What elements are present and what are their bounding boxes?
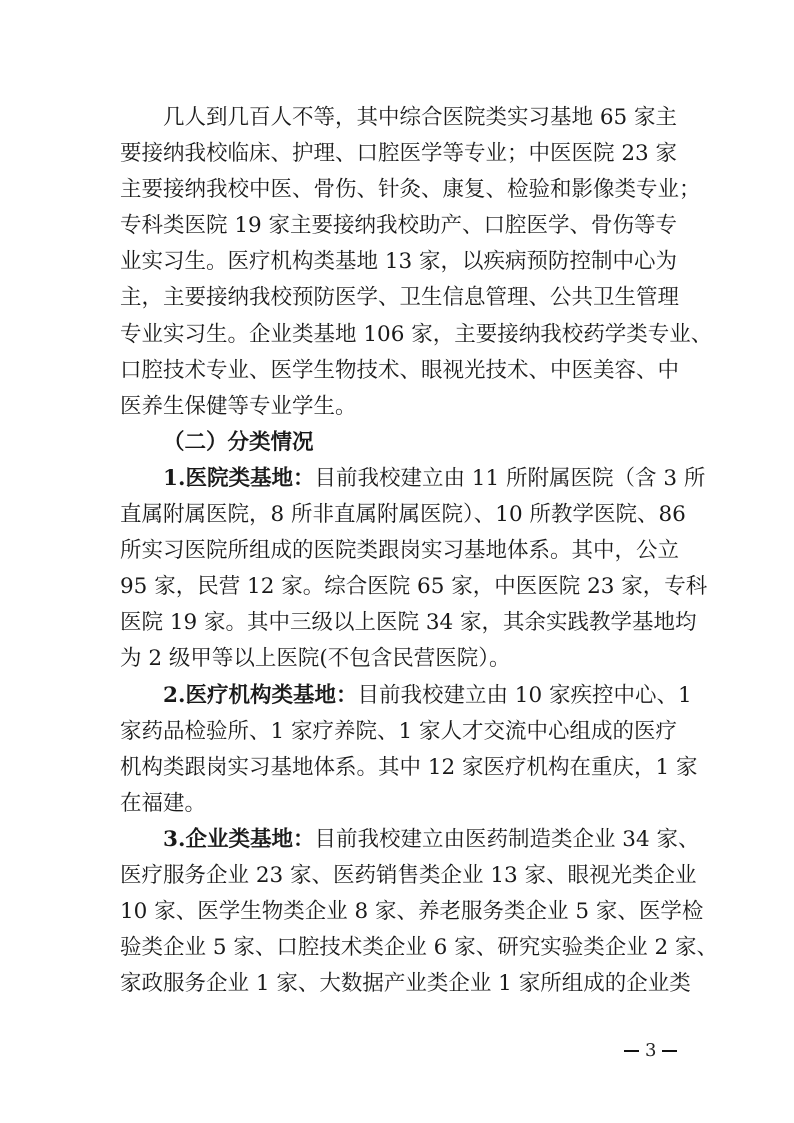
text-line: 在福建。 bbox=[120, 786, 676, 822]
text-line: 10 家、医学生物类企业 8 家、养老服务类企业 5 家、医学检 bbox=[120, 894, 676, 930]
page-number: 3 bbox=[618, 1040, 683, 1062]
item-label-medical-institution: 2.医疗机构类基地： bbox=[163, 683, 357, 708]
item-label-enterprise: 3.企业类基地： bbox=[163, 827, 314, 852]
text-line: 医养生保健等专业学生。 bbox=[120, 389, 676, 425]
text-line: 家药品检验所、1 家疗养院、1 家人才交流中心组成的医疗 bbox=[120, 714, 676, 750]
text-line: 要接纳我校临床、护理、口腔医学等专业；中医医院 23 家 bbox=[120, 136, 676, 172]
document-body: 几人到几百人不等，其中综合医院类实习基地 65 家主 要接纳我校临床、护理、口腔… bbox=[120, 100, 676, 1002]
paragraph-enterprise-bases: 3.企业类基地：目前我校建立由医药制造类企业 34 家、 医疗服务企业 23 家… bbox=[120, 822, 676, 1002]
text-line: 家政服务企业 1 家、大数据产业类企业 1 家所组成的企业类 bbox=[120, 966, 676, 1002]
paragraph-hospital-bases: 1.医院类基地：目前我校建立由 11 所附属医院（含 3 所 直属附属医院，8 … bbox=[120, 461, 676, 678]
item-label-hospital: 1.医院类基地： bbox=[163, 466, 314, 491]
text-line: 专科类医院 19 家主要接纳我校助产、口腔医学、骨伤等专 bbox=[120, 208, 676, 244]
text-line: 专业实习生。企业类基地 106 家，主要接纳我校药学类专业、 bbox=[120, 317, 676, 353]
text-line: 2.医疗机构类基地：目前我校建立由 10 家疾控中心、1 bbox=[120, 678, 676, 714]
text-line: 几人到几百人不等，其中综合医院类实习基地 65 家主 bbox=[120, 100, 676, 136]
text-span: 目前我校建立由 10 家疾控中心、1 bbox=[357, 683, 691, 708]
paragraph-medical-institution-bases: 2.医疗机构类基地：目前我校建立由 10 家疾控中心、1 家药品检验所、1 家疗… bbox=[120, 678, 676, 822]
text-span: 目前我校建立由医药制造类企业 34 家、 bbox=[314, 827, 699, 852]
text-line: 主，主要接纳我校预防医学、卫生信息管理、公共卫生管理 bbox=[120, 280, 676, 316]
document-page: 几人到几百人不等，其中综合医院类实习基地 65 家主 要接纳我校临床、护理、口腔… bbox=[0, 0, 794, 1123]
text-line: 医疗服务企业 23 家、医药销售类企业 13 家、眼视光类企业 bbox=[120, 858, 676, 894]
text-line: 主要接纳我校中医、骨伤、针灸、康复、检验和影像类专业； bbox=[120, 172, 676, 208]
text-line: 医院 19 家。其中三级以上医院 34 家，其余实践教学基地均 bbox=[120, 605, 676, 641]
page-number-value: 3 bbox=[645, 1040, 656, 1061]
text-line: 机构类跟岗实习基地体系。其中 12 家医疗机构在重庆，1 家 bbox=[120, 750, 676, 786]
section-heading: （二）分类情况 bbox=[120, 425, 676, 461]
text-line: 直属附属医院，8 所非直属附属医院）、10 所教学医院、86 bbox=[120, 497, 676, 533]
text-line: 所实习医院所组成的医院类跟岗实习基地体系。其中，公立 bbox=[120, 533, 676, 569]
text-span: 目前我校建立由 11 所附属医院（含 3 所 bbox=[314, 466, 705, 491]
text-line: 业实习生。医疗机构类基地 13 家，以疾病预防控制中心为 bbox=[120, 244, 676, 280]
text-line: 口腔技术专业、医学生物技术、眼视光技术、中医美容、中 bbox=[120, 353, 676, 389]
paragraph-intro: 几人到几百人不等，其中综合医院类实习基地 65 家主 要接纳我校临床、护理、口腔… bbox=[120, 100, 676, 425]
text-line: 1.医院类基地：目前我校建立由 11 所附属医院（含 3 所 bbox=[120, 461, 676, 497]
dash-left-icon bbox=[624, 1050, 639, 1052]
text-line: 验类企业 5 家、口腔技术类企业 6 家、研究实验类企业 2 家、 bbox=[120, 930, 676, 966]
text-line: 3.企业类基地：目前我校建立由医药制造类企业 34 家、 bbox=[120, 822, 676, 858]
text-line: 为 2 级甲等以上医院(不包含民营医院）。 bbox=[120, 641, 676, 677]
dash-right-icon bbox=[662, 1050, 677, 1052]
text-line: 95 家，民营 12 家。综合医院 65 家，中医医院 23 家，专科 bbox=[120, 569, 676, 605]
